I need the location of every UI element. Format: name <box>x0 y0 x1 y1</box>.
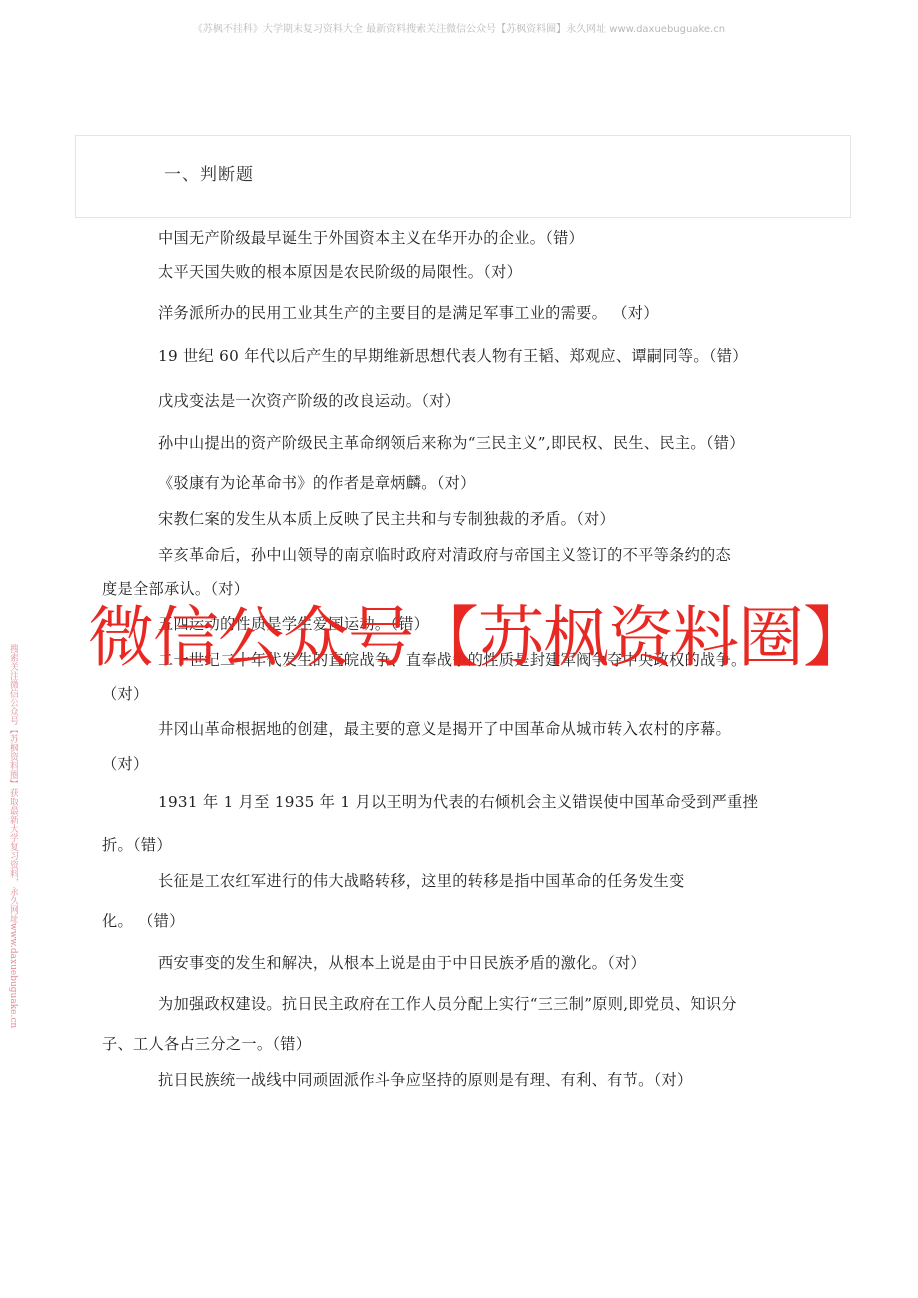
question-2: 太平天国失败的根本原因是农民阶级的局限性。（对） <box>158 261 522 282</box>
question-12-line-1: 井冈山革命根据地的创建，最主要的意义是揭开了中国革命从城市转入农村的序幕。 <box>158 718 731 739</box>
question-12-line-2: （对） <box>102 753 148 774</box>
question-14-line-2: 化。 （错） <box>102 910 185 931</box>
question-16-line-1: 为加强政权建设。抗日民主政府在工作人员分配上实行“三三制”原则,即党员、知识分 <box>158 993 737 1014</box>
question-17: 抗日民族统一战线中同顽固派作斗争应坚持的原则是有理、有利、有节。（对） <box>158 1069 692 1090</box>
question-15: 西安事变的发生和解决，从根本上说是由于中日民族矛盾的激化。（对） <box>158 952 646 973</box>
red-watermark: 微信公众号【苏枫资料圈】 <box>88 598 868 678</box>
question-9-line-1: 辛亥革命后，孙中山领导的南京临时政府对清政府与帝国主义签订的不平等条约的态 <box>158 544 731 565</box>
question-9-line-2: 度是全部承认。（对） <box>102 578 249 599</box>
question-13-line-2: 折。（错） <box>102 834 172 855</box>
question-7: 《驳康有为论革命书》的作者是章炳麟。（对） <box>158 472 476 493</box>
question-8: 宋教仁案的发生从本质上反映了民主共和与专制独裁的矛盾。（对） <box>158 508 615 529</box>
question-11-line-2: （对） <box>102 683 148 704</box>
question-13-line-1: 1931 年 1 月至 1935 年 1 月以王明为代表的右倾机会主义错误使中国… <box>158 791 758 812</box>
side-banner-url: www.daxuebuguake.cn <box>8 923 18 1028</box>
side-banner: 搜索关注微信公众号【苏枫资料圈】获取最新大学复习资料，永久网址www.daxue… <box>4 644 18 1064</box>
question-16-line-2: 子、工人各占三分之一。（错） <box>102 1033 311 1054</box>
question-6: 孙中山提出的资产阶级民主革命纲领后来称为“三民主义”,即民权、民生、民主。（错） <box>158 432 745 453</box>
question-3: 洋务派所办的民用工业其生产的主要目的是满足军事工业的需要。 （对） <box>158 302 659 323</box>
question-4: 19 世纪 60 年代以后产生的早期维新思想代表人物有王韬、郑观应、谭嗣同等。（… <box>158 345 748 366</box>
question-1: 中国无产阶级最早诞生于外国资本主义在华开办的企业。（错） <box>158 227 584 248</box>
header-banner: 《苏枫不挂科》大学期末复习资料大全 最新资料搜索关注微信公众号【苏枫资料圈】永久… <box>0 20 918 35</box>
side-banner-text: 搜索关注微信公众号【苏枫资料圈】获取最新大学复习资料，永久网址 <box>8 644 18 923</box>
question-5: 戊戌变法是一次资产阶级的改良运动。（对） <box>158 390 460 411</box>
section-title: 一、判断题 <box>164 160 254 185</box>
question-14-line-1: 长征是工农红军进行的伟大战略转移，这里的转移是指中国革命的任务发生变 <box>158 870 685 891</box>
section-header-box: 一、判断题 <box>75 135 851 218</box>
